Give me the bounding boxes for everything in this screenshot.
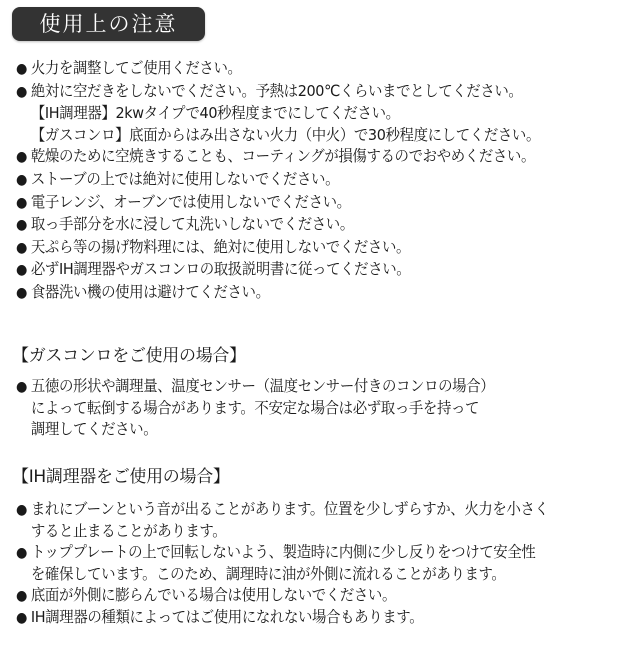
ih-section-heading: 【IH調理器をご使用の場合】 [12, 465, 230, 489]
list-item-continuation: 調理してください。 [16, 419, 494, 440]
list-item-continuation: によって転倒する場合があります。不安定な場合は必ず取っ手を持って [16, 398, 494, 419]
gas-section-heading: 【ガスコンロをご使用の場合】 [12, 344, 246, 368]
bullet-icon: ● [16, 82, 31, 104]
bullet-icon: ● [16, 260, 31, 282]
list-item: ●トッププレートの上で回転しないよう、製造時に内側に少し反りをつけて安全性 [16, 542, 549, 564]
bullet-icon: ● [16, 586, 31, 607]
list-item: ●絶対に空だきをしないでください。予熱は200℃くらいまでとしてください。 [16, 81, 596, 104]
bullet-icon: ● [16, 283, 31, 305]
list-item: ●ストーブの上では絶対に使用しないでください。 [16, 169, 596, 192]
list-item: ●取っ手部分を水に浸して丸洗いしないでください。 [16, 214, 596, 237]
list-item: ●底面が外側に膨らんでいる場合は使用しないでください。 [16, 585, 549, 607]
list-item: ●IH調理器の種類によってはご使用になれない場合もあります。 [16, 607, 549, 629]
list-item: ●乾燥のために空焼きすることも、コーティングが損傷するのでおやめください。 [16, 146, 596, 169]
list-item-continuation: を確保しています。このため、調理時に油が外側に流れることがあります。 [16, 564, 549, 585]
bullet-icon: ● [16, 608, 31, 629]
list-item-sub: 【IH調理器】2kwタイプで40秒程度までにしてください。 [16, 103, 596, 125]
bullet-icon: ● [16, 238, 31, 260]
ih-section-list: ●まれにブーンという音が出ることがあります。位置を少しずらすか、火力を小さく す… [16, 499, 589, 629]
general-cautions-list: ●火力を調整してご使用ください。 ●絶対に空だきをしないでください。予熱は200… [16, 58, 640, 305]
bullet-icon: ● [16, 59, 31, 81]
list-item: ●天ぷら等の揚げ物料理には、絶対に使用しないでください。 [16, 237, 596, 260]
list-item: ●まれにブーンという音が出ることがあります。位置を少しずらすか、火力を小さく [16, 499, 549, 521]
list-item: ●食器洗い機の使用は避けてください。 [16, 282, 596, 305]
page-title: 使用上の注意 [12, 7, 205, 41]
list-item-continuation: すると止まることがあります。 [16, 521, 549, 542]
list-item: ●電子レンジ、オーブンでは使用しないでください。 [16, 192, 596, 215]
list-item: ●火力を調整してご使用ください。 [16, 58, 596, 81]
bullet-icon: ● [16, 147, 31, 169]
bullet-icon: ● [16, 215, 31, 237]
gas-section-list: ●五徳の形状や調理量、温度センサー（温度センサー付きのコンロの場合） によって転… [16, 376, 530, 440]
bullet-icon: ● [16, 500, 31, 521]
list-item-sub: 【ガスコンロ】底面からはみ出さない火力（中火）で30秒程度にしてください。 [16, 125, 596, 147]
bullet-icon: ● [16, 543, 31, 564]
bullet-icon: ● [16, 170, 31, 192]
list-item: ●五徳の形状や調理量、温度センサー（温度センサー付きのコンロの場合） [16, 376, 494, 398]
bullet-icon: ● [16, 193, 31, 215]
bullet-icon: ● [16, 377, 31, 398]
list-item: ●必ずIH調理器やガスコンロの取扱説明書に従ってください。 [16, 259, 596, 282]
